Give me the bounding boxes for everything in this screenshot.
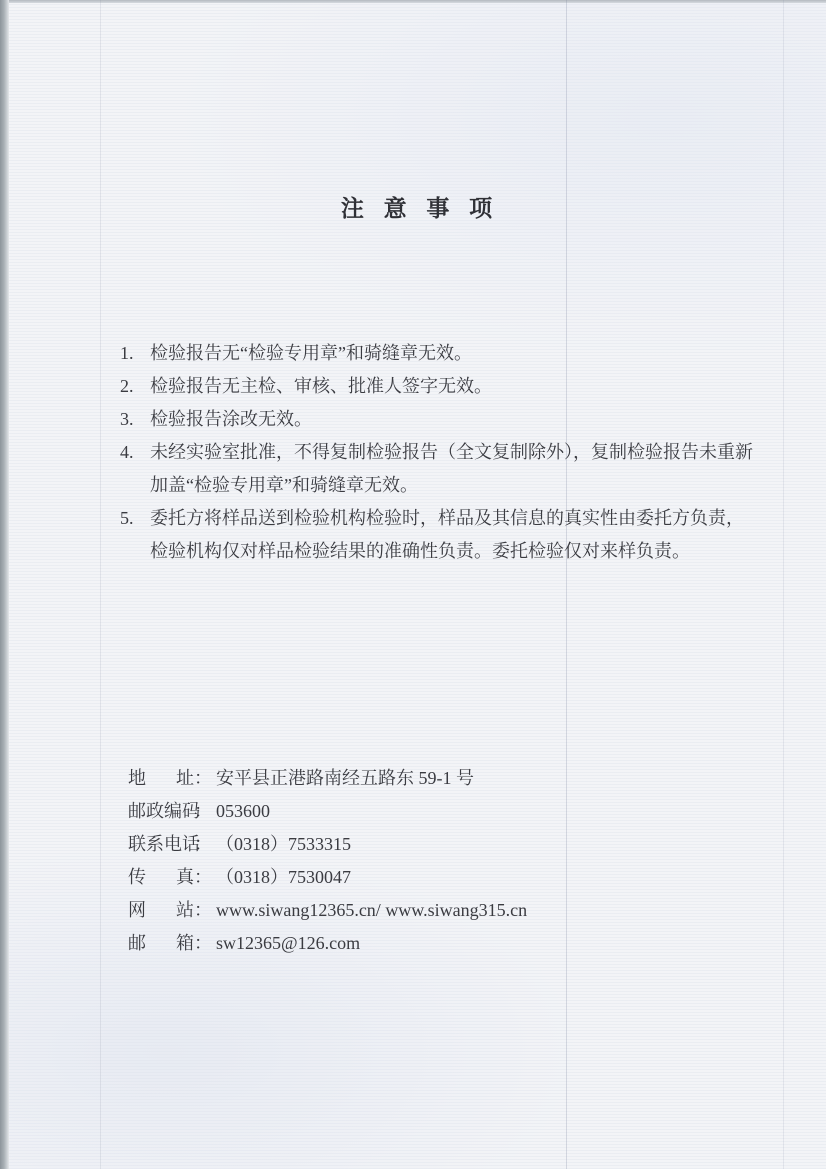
- paper-crease-center: [566, 0, 567, 1169]
- contact-value: www.siwang12365.cn/ www.siwang315.cn: [216, 894, 527, 927]
- contact-label: 邮箱: [128, 927, 194, 960]
- notice-item-text: 委托方将样品送到检验机构检验时，样品及其信息的真实性由委托方负责，: [150, 502, 750, 535]
- notice-item-text: 检验报告无“检验专用章”和骑缝章无效。: [150, 337, 750, 370]
- paper-crease-right: [783, 0, 784, 1169]
- contact-colon: ：: [194, 894, 212, 927]
- notice-item-2: 2. 检验报告无主检、审核、批准人签字无效。: [120, 370, 750, 403]
- contact-row-address: 地址：安平县正港路南经五路东 59-1 号: [128, 762, 527, 795]
- contact-value: 安平县正港路南经五路东 59-1 号: [216, 762, 474, 795]
- contact-value: （0318）7530047: [216, 861, 351, 894]
- notice-item-text: 检验报告无主检、审核、批准人签字无效。: [150, 370, 750, 403]
- contact-row-website: 网站：www.siwang12365.cn/ www.siwang315.cn: [128, 894, 527, 927]
- notice-item-4: 4. 未经实验室批准，不得复制检验报告（全文复制除外），复制检验报告未重新 加盖…: [120, 436, 750, 502]
- contact-label: 传真: [128, 861, 194, 894]
- notice-item-1: 1. 检验报告无“检验专用章”和骑缝章无效。: [120, 337, 750, 370]
- contact-row-fax: 传真：（0318）7530047: [128, 861, 527, 894]
- contact-row-phone: 联系电话：（0318）7533315: [128, 828, 527, 861]
- contact-row-postcode: 邮政编码：053600: [128, 795, 527, 828]
- contact-value: 053600: [216, 795, 270, 828]
- notice-item-number: 4.: [120, 436, 150, 469]
- paper-crease-left: [100, 0, 101, 1169]
- contact-info-block: 地址：安平县正港路南经五路东 59-1 号 邮政编码：053600 联系电话：（…: [128, 762, 527, 960]
- page-title: 注 意 事 项: [0, 190, 826, 223]
- scan-top-edge: [0, 0, 826, 3]
- contact-colon: ：: [194, 927, 212, 960]
- notice-item-number: 1.: [120, 337, 150, 370]
- contact-value: sw12365@126.com: [216, 927, 360, 960]
- notice-item-text: 检验机构仅对样品检验结果的准确性负责。委托检验仅对来样负责。: [150, 535, 750, 568]
- contact-label: 邮政编码: [128, 795, 194, 828]
- notice-item-text: 检验报告涂改无效。: [150, 403, 750, 436]
- scanned-document-page: 注 意 事 项 1. 检验报告无“检验专用章”和骑缝章无效。 2. 检验报告无主…: [0, 0, 826, 1169]
- contact-colon: ：: [194, 762, 212, 795]
- contact-colon: ：: [194, 861, 212, 894]
- notice-item-5: 5. 委托方将样品送到检验机构检验时，样品及其信息的真实性由委托方负责， 检验机…: [120, 502, 750, 568]
- contact-label: 地址: [128, 762, 194, 795]
- contact-colon: ：: [194, 828, 212, 861]
- contact-row-email: 邮箱：sw12365@126.com: [128, 927, 527, 960]
- scan-left-edge: [0, 0, 9, 1169]
- notice-item-text: 加盖“检验专用章”和骑缝章无效。: [150, 469, 753, 502]
- contact-label: 联系电话: [128, 828, 194, 861]
- notice-item-3: 3. 检验报告涂改无效。: [120, 403, 750, 436]
- notice-list: 1. 检验报告无“检验专用章”和骑缝章无效。 2. 检验报告无主检、审核、批准人…: [120, 337, 750, 568]
- contact-value: （0318）7533315: [216, 828, 351, 861]
- notice-item-number: 5.: [120, 502, 150, 535]
- notice-item-text: 未经实验室批准，不得复制检验报告（全文复制除外），复制检验报告未重新: [150, 436, 753, 469]
- notice-item-number: 2.: [120, 370, 150, 403]
- contact-colon: ：: [194, 795, 212, 828]
- contact-label: 网站: [128, 894, 194, 927]
- notice-item-number: 3.: [120, 403, 150, 436]
